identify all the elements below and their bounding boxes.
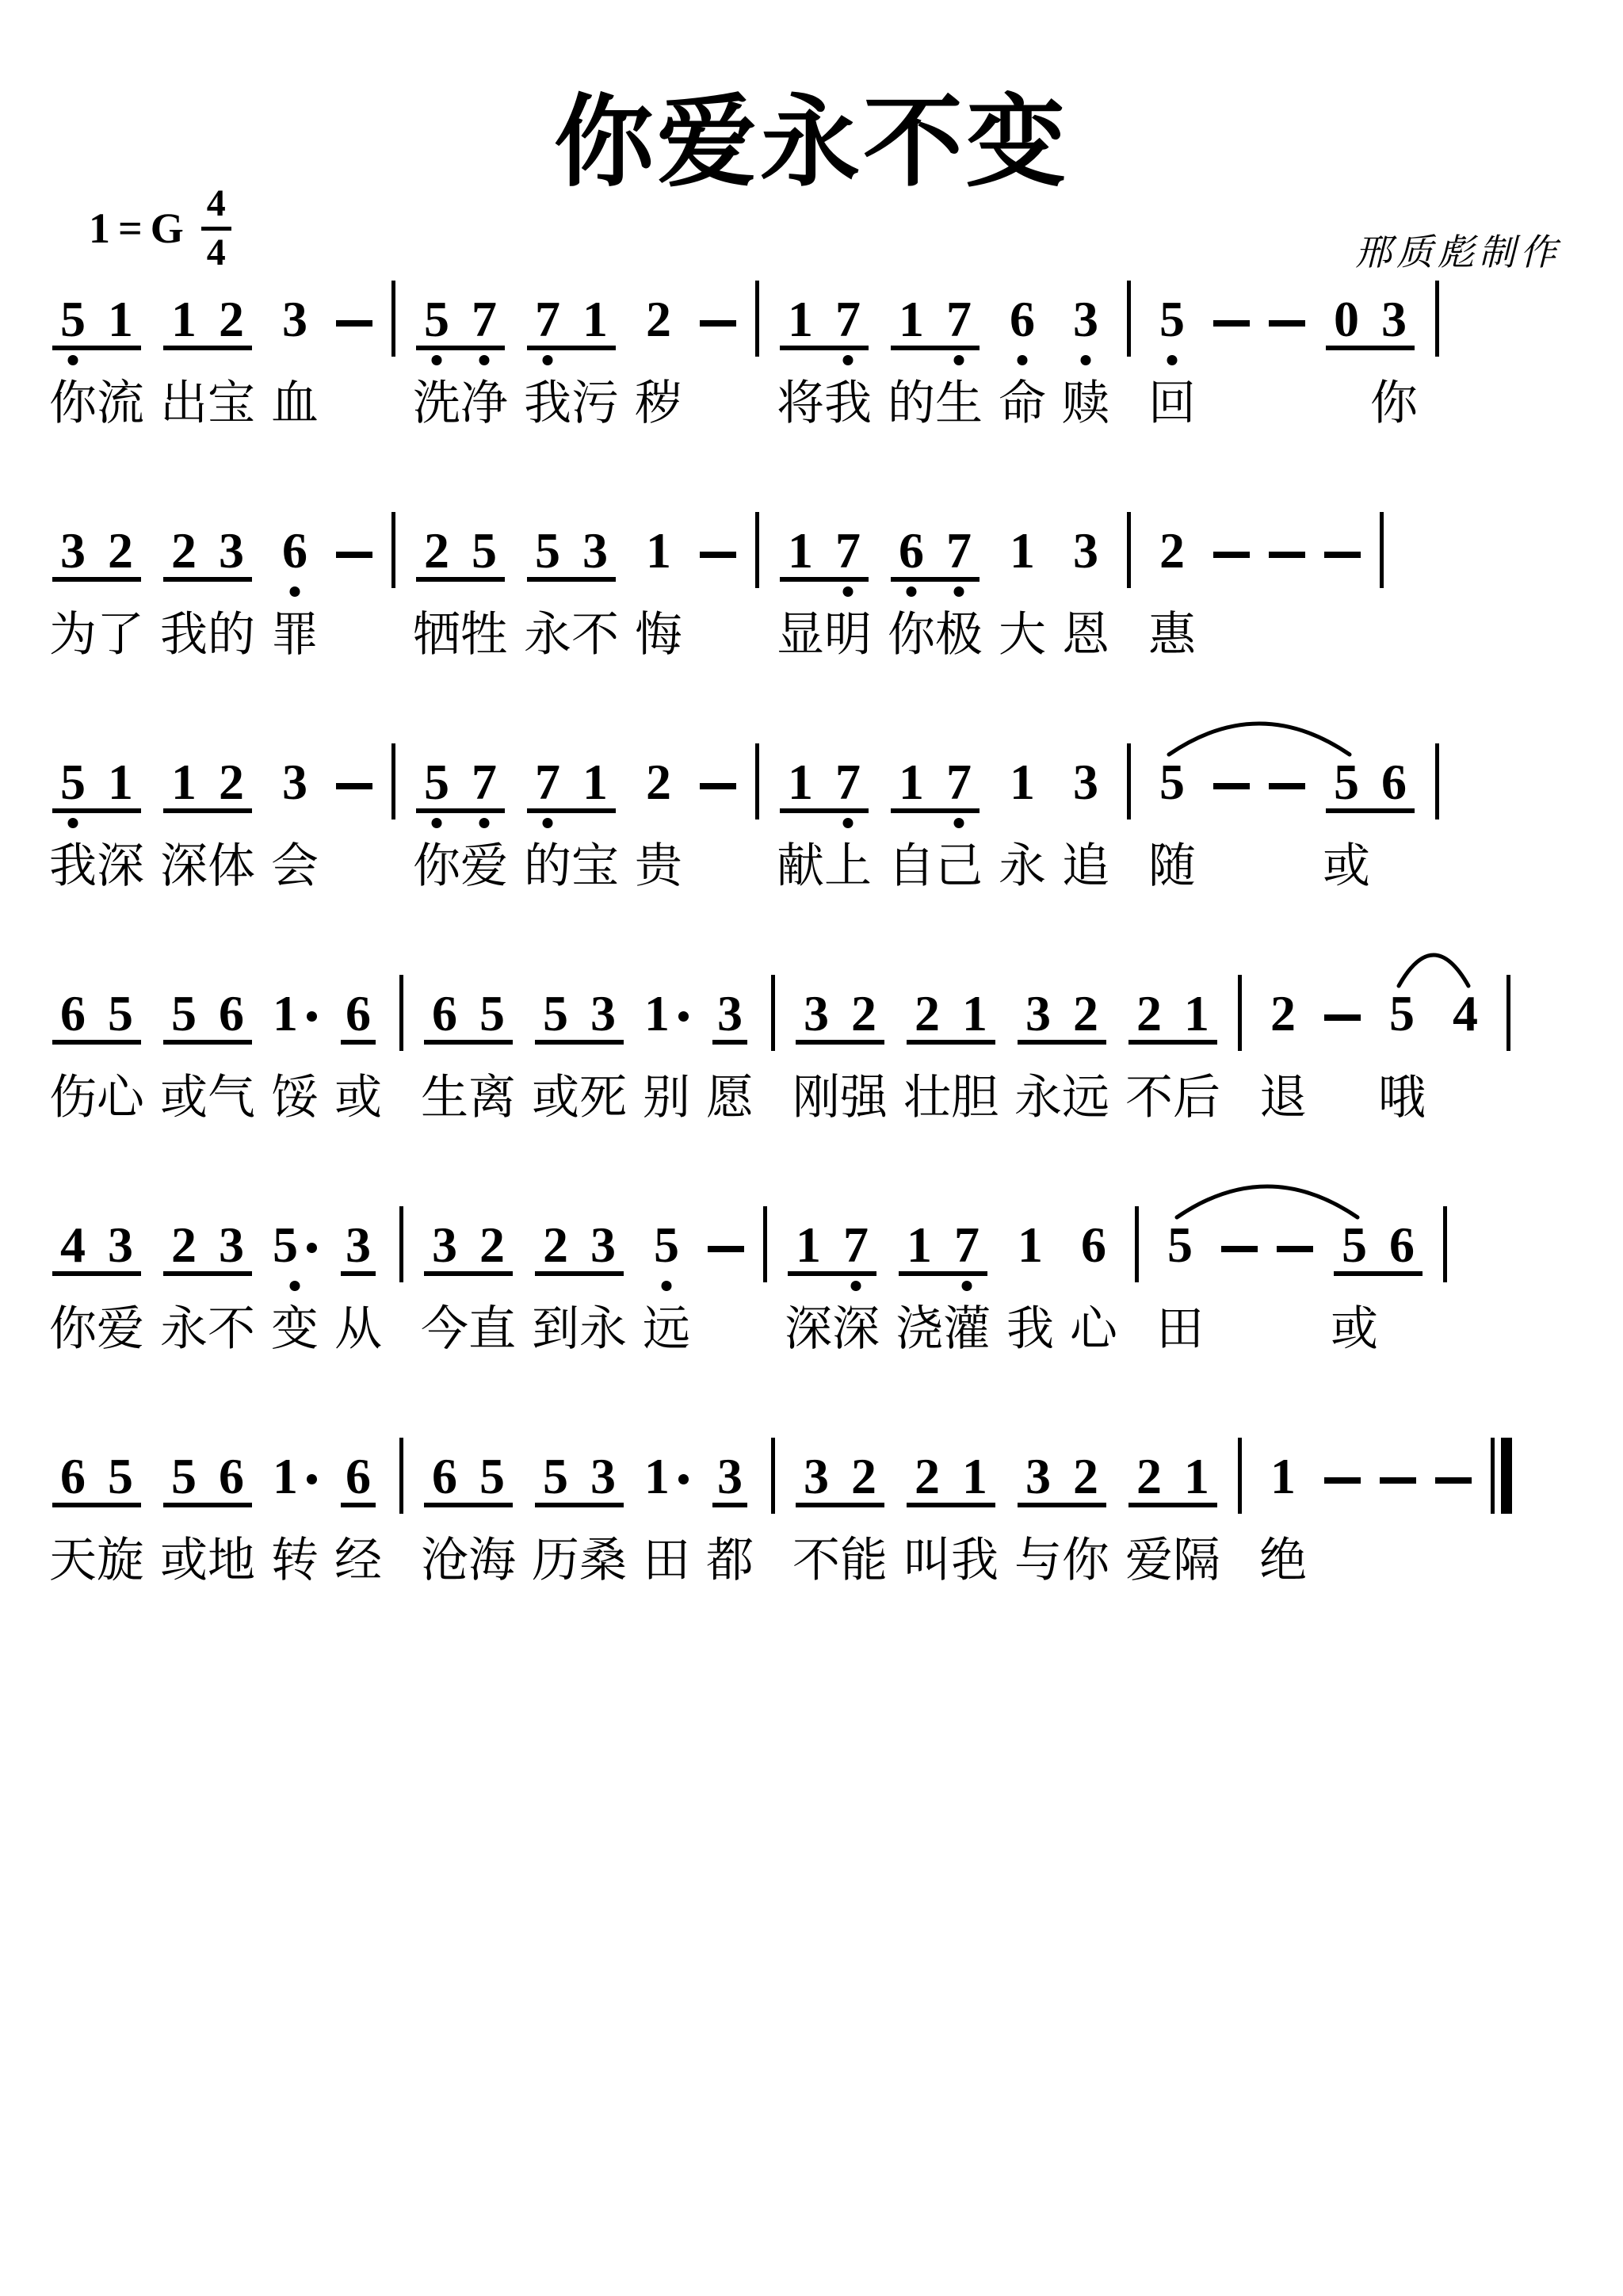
- note: 5海: [470, 1457, 514, 1496]
- note: 3桑: [581, 1457, 625, 1496]
- lyric-syllable: 不: [792, 1536, 840, 1585]
- beam-group: 5我1深: [51, 762, 143, 802]
- note-number: 2: [543, 1225, 568, 1265]
- note-number: 2: [424, 531, 449, 571]
- note-number: 1: [899, 762, 924, 802]
- beam-group: 5或3死: [533, 994, 625, 1033]
- note: 6: [1380, 1225, 1424, 1265]
- note-number: 1: [788, 531, 813, 571]
- note-number: 2: [1136, 994, 1162, 1033]
- note: 5远: [644, 1225, 689, 1265]
- note-number: 2: [219, 762, 244, 802]
- lyric-syllable: 或: [1331, 1305, 1378, 1354]
- note-number: 3: [346, 1225, 371, 1265]
- note: 1显: [778, 531, 823, 571]
- note: 1宝: [573, 762, 617, 802]
- lyric-syllable: 极: [935, 610, 983, 659]
- note: 3爱: [98, 1225, 143, 1265]
- note-number: 2: [171, 531, 197, 571]
- beam-group: 3为2了: [51, 531, 143, 571]
- note-number: 3: [1073, 300, 1098, 339]
- note-number: 3: [282, 762, 307, 802]
- barline: [1135, 1206, 1139, 1282]
- note-number: 3: [590, 994, 616, 1033]
- note: 7灌: [945, 1225, 989, 1265]
- beam-group: 5或6: [1324, 762, 1416, 802]
- barline: [1380, 512, 1384, 588]
- beam-group: 5洗7净: [414, 300, 506, 339]
- lyric-syllable: 的: [524, 842, 571, 891]
- note: 1转: [273, 1457, 317, 1496]
- lyric-syllable: 馁: [271, 1073, 319, 1122]
- lyric-syllable: 或: [160, 1073, 208, 1122]
- note: 2你: [1064, 1457, 1108, 1496]
- note-number: 6: [282, 531, 307, 571]
- note: 7上: [826, 762, 870, 802]
- note-number: 2: [1073, 994, 1098, 1033]
- note-number: 7: [946, 300, 972, 339]
- lyric-syllable: 流: [97, 379, 144, 428]
- note-number: 6: [899, 531, 924, 571]
- note-number: 2: [1270, 994, 1296, 1033]
- note-number: 2: [915, 994, 940, 1033]
- key-scale-degree: 1: [89, 204, 110, 253]
- note: 5离: [470, 994, 514, 1033]
- note-number: 1: [108, 762, 133, 802]
- note: 5心: [98, 994, 143, 1033]
- beam-group: 2到3永: [533, 1225, 625, 1265]
- time-signature-denominator: 4: [207, 231, 226, 273]
- lyric-syllable: 不: [208, 1305, 255, 1354]
- note: 7深: [834, 1225, 878, 1265]
- lyric-syllable: 将: [777, 379, 824, 428]
- beam-group: 6伤5心: [51, 994, 143, 1033]
- note-number: 7: [472, 762, 497, 802]
- augmentation-dot: [678, 1474, 689, 1484]
- note: 2永: [162, 1225, 206, 1265]
- lyric-syllable: 心: [1070, 1305, 1117, 1354]
- duration-dash: [1269, 552, 1305, 558]
- note: 3死: [581, 994, 625, 1033]
- low-octave-dot: [843, 355, 854, 365]
- low-octave-dot: [68, 818, 78, 828]
- note-number: 5: [108, 1457, 133, 1496]
- note: 5旋: [98, 1457, 143, 1496]
- beam-group: 2叫1我: [905, 1457, 997, 1496]
- note: 2强: [842, 994, 886, 1033]
- note-number: 5: [479, 994, 505, 1033]
- beam-group: 2牺5牲: [414, 531, 506, 571]
- lyric-syllable: 回: [1148, 379, 1196, 428]
- beam-group: 2不1后: [1127, 994, 1219, 1033]
- note-number: 7: [843, 1225, 869, 1265]
- low-octave-dot: [432, 818, 442, 828]
- low-octave-dot: [68, 355, 78, 365]
- lyric-syllable: 罪: [271, 610, 319, 659]
- lyric-syllable: 灌: [943, 1305, 991, 1354]
- note-number: 3: [219, 531, 244, 571]
- note-number: 2: [1073, 1457, 1098, 1496]
- note-number: 1: [1270, 1457, 1296, 1496]
- note-number: 5: [654, 1225, 679, 1265]
- note: 5或: [533, 994, 578, 1033]
- beam-group: 1深2体: [162, 762, 254, 802]
- note: 5哦: [1380, 994, 1424, 1033]
- note-number: 7: [535, 300, 560, 339]
- lyric-syllable: 胆: [951, 1073, 999, 1122]
- beam-group: 4你3爱: [51, 1225, 143, 1265]
- note: 1后: [1174, 994, 1219, 1033]
- low-octave-dot: [954, 355, 964, 365]
- duration-dash: [336, 320, 372, 327]
- lyric-syllable: 贵: [635, 842, 682, 891]
- lyric-syllable: 到: [532, 1305, 579, 1354]
- lyric-syllable: 或: [334, 1073, 382, 1122]
- note-number: 5: [60, 300, 86, 339]
- barline: [1127, 281, 1131, 357]
- low-octave-dot: [543, 355, 553, 365]
- barline: [771, 1438, 775, 1514]
- note-number: 6: [219, 1457, 244, 1496]
- note: 1永: [1000, 762, 1044, 802]
- lyric-syllable: 都: [706, 1536, 754, 1585]
- note: 5永: [525, 531, 570, 571]
- music-system: 6伤5心5或6气1馁6或6生5离5或3死1别3愿3刚2强2壮1胆3永2远2不1后…: [51, 994, 1623, 1124]
- low-octave-dot: [662, 1281, 672, 1291]
- lyric-syllable: 强: [840, 1073, 888, 1122]
- note-number: 5: [171, 994, 197, 1033]
- lyric-syllable: 你: [49, 379, 97, 428]
- note-number: 7: [835, 762, 861, 802]
- beam-group: 3与2你: [1016, 1457, 1108, 1496]
- song-title: 你爱永不变: [0, 89, 1623, 200]
- lyric-syllable: 浇: [896, 1305, 943, 1354]
- note: 3不: [209, 1225, 254, 1265]
- lyric-syllable: 宝: [571, 842, 619, 891]
- key-tonic: G: [151, 204, 184, 253]
- note: 6心: [1071, 1225, 1116, 1265]
- note: 3会: [273, 762, 317, 802]
- tie-arc: [1396, 948, 1472, 989]
- lyric-syllable: 为: [49, 610, 97, 659]
- note-number: 4: [60, 1225, 86, 1265]
- note-number: 1: [962, 994, 987, 1033]
- tie-arc: [1166, 716, 1353, 758]
- note-number: 2: [1136, 1457, 1162, 1496]
- note: 3为: [51, 531, 95, 571]
- note-number: 6: [1081, 1225, 1106, 1265]
- lyric-syllable: 了: [97, 610, 144, 659]
- lyric-syllable: 远: [643, 1305, 690, 1354]
- lyric-syllable: 历: [532, 1536, 579, 1585]
- lyric-syllable: 我: [160, 610, 208, 659]
- lyric-syllable: 命: [999, 379, 1046, 428]
- note: 5田: [1158, 1225, 1202, 1265]
- lyric-syllable: 隔: [1173, 1536, 1220, 1585]
- note: 1我: [953, 1457, 997, 1496]
- barline: [1127, 743, 1131, 819]
- note: 3你: [1372, 300, 1416, 339]
- lyric-syllable: 愿: [706, 1073, 754, 1122]
- lyric-syllable: 悔: [635, 610, 682, 659]
- lyric-syllable: 自: [888, 842, 935, 891]
- note-number: 3: [590, 1457, 616, 1496]
- note: 2秽: [636, 300, 681, 339]
- note-number: 6: [60, 994, 86, 1033]
- note: 3永: [581, 1225, 625, 1265]
- note: 1大: [1000, 531, 1044, 571]
- note-number: 6: [346, 994, 371, 1033]
- note: 1深: [98, 762, 143, 802]
- note-number: 3: [590, 1225, 616, 1265]
- score: 5你1流1出2宝3血5洗7净7我1污2秽1将7我1的7生6命3赎5回03你3为2…: [51, 300, 1623, 1587]
- note: 6经: [336, 1457, 380, 1496]
- beam-group: 7我1污: [525, 300, 617, 339]
- duration-dash: [1213, 552, 1250, 558]
- barline: [1443, 1206, 1447, 1282]
- lyric-syllable: 爱: [1125, 1536, 1173, 1585]
- note-number: 5: [108, 994, 133, 1033]
- note-number: 6: [1010, 300, 1035, 339]
- barline: [1238, 975, 1242, 1051]
- lyric-syllable: 海: [468, 1536, 516, 1585]
- note: 5随: [1150, 762, 1194, 802]
- beam-group: 5或6: [1332, 1225, 1424, 1265]
- beam-group: 1深7深: [786, 1225, 878, 1265]
- lyric-syllable: 追: [1062, 842, 1109, 891]
- note: 7我: [826, 300, 870, 339]
- note-number: 6: [432, 1457, 457, 1496]
- low-octave-dot: [1081, 355, 1091, 365]
- duration-dash: [1213, 783, 1250, 789]
- lyric-syllable: 我: [824, 379, 872, 428]
- note: 2叫: [905, 1457, 949, 1496]
- note: 1深: [162, 762, 206, 802]
- lyric-syllable: 旋: [97, 1536, 144, 1585]
- low-octave-dot: [290, 1281, 300, 1291]
- note: 7净: [462, 300, 506, 339]
- note: 1悔: [636, 531, 681, 571]
- note-number: 7: [946, 762, 972, 802]
- note: 3从: [336, 1225, 380, 1265]
- note: 3永: [1016, 994, 1060, 1033]
- low-octave-dot: [954, 818, 964, 828]
- lyric-syllable: 天: [49, 1536, 97, 1585]
- beam-group: 5永3不: [525, 531, 617, 571]
- lyric-syllable: 生: [935, 379, 983, 428]
- note-number: 1: [644, 994, 689, 1033]
- note: 7极: [937, 531, 981, 571]
- note: 7爱: [462, 762, 506, 802]
- note-number: 6: [432, 994, 457, 1033]
- note: 2爱: [1127, 1457, 1171, 1496]
- barline: [1435, 743, 1439, 819]
- note-number: 5: [1159, 300, 1185, 339]
- note: 5或: [162, 1457, 206, 1496]
- barline: [391, 281, 395, 357]
- note-number: 6: [219, 994, 244, 1033]
- note-number: 1: [582, 300, 608, 339]
- lyric-syllable: 不: [1125, 1073, 1173, 1122]
- credit: 邢质彪制作: [1355, 223, 1561, 276]
- lyric-syllable: 牺: [413, 610, 460, 659]
- beam-group: 2壮1胆: [905, 994, 997, 1033]
- barline: [1127, 512, 1131, 588]
- lyric-syllable: 沧: [421, 1536, 468, 1585]
- barline: [399, 975, 403, 1051]
- note: 5牲: [462, 531, 506, 571]
- note-number: 5: [424, 762, 449, 802]
- barline: [391, 512, 395, 588]
- note: 0: [1324, 300, 1369, 339]
- note: 2直: [470, 1225, 514, 1265]
- key-equals-sign: =: [118, 204, 143, 253]
- lyric-syllable: 或: [532, 1073, 579, 1122]
- lyric-syllable: 上: [824, 842, 872, 891]
- lyric-syllable: 献: [777, 842, 824, 891]
- duration-dash: [336, 552, 372, 558]
- note-number: 2: [479, 1225, 505, 1265]
- note-number: 1: [273, 1457, 317, 1496]
- note: 7生: [937, 300, 981, 339]
- note: 3不: [573, 531, 617, 571]
- note-number: 5: [273, 1225, 317, 1265]
- note-number: 2: [1159, 531, 1185, 571]
- lyric-syllable: 你: [1062, 1536, 1109, 1585]
- note-number: 2: [851, 994, 876, 1033]
- note-number: 1: [899, 300, 924, 339]
- lyric-syllable: 离: [468, 1073, 516, 1122]
- note: 6伤: [51, 994, 95, 1033]
- note-number: 1: [646, 531, 671, 571]
- note-number: 1: [1184, 1457, 1209, 1496]
- lyric-syllable: 出: [160, 379, 208, 428]
- duration-dash: [1324, 552, 1361, 558]
- duration-dash: [700, 552, 736, 558]
- note: 5或: [162, 994, 206, 1033]
- note: 5我: [51, 762, 95, 802]
- note-row: 6伤5心5或6气1馁6或6生5离5或3死1别3愿3刚2强2壮1胆3永2远2不1后…: [51, 994, 1623, 1051]
- note: 3刚: [794, 994, 838, 1033]
- note: 4: [1443, 994, 1487, 1033]
- duration-dash: [1324, 1014, 1361, 1021]
- note-number: 3: [432, 1225, 457, 1265]
- beam-group: 5你1流: [51, 300, 143, 339]
- duration-dash: [1269, 783, 1305, 789]
- note-number: 1: [962, 1457, 987, 1496]
- note: 3今: [422, 1225, 467, 1265]
- beam-group: 1显7明: [778, 531, 870, 571]
- lyric-syllable: 爱: [460, 842, 508, 891]
- lyric-syllable: 永: [579, 1305, 627, 1354]
- note-row: 4你3爱2永3不5变3从3今2直2到3永5远1深7深1浇7灌1我6心5田5或6: [51, 1225, 1623, 1282]
- note: 3都: [708, 1457, 752, 1496]
- lyric-syllable: 变: [271, 1305, 319, 1354]
- lyric-syllable: 绝: [1259, 1536, 1307, 1585]
- note-row: 3为2了2我3的6罪2牺5牲5永3不1悔1显7明6你7极1大3恩2惠: [51, 531, 1623, 588]
- beam-group: 6你7极: [889, 531, 981, 571]
- duration-dash: [1213, 320, 1250, 327]
- beam-group: 3刚2强: [794, 994, 886, 1033]
- note: 2我: [162, 531, 206, 571]
- note: 6生: [422, 994, 467, 1033]
- lyric-syllable: 经: [334, 1536, 382, 1585]
- note: 2到: [533, 1225, 578, 1265]
- lyric-syllable: 生: [421, 1073, 468, 1122]
- note-number: 1: [788, 762, 813, 802]
- note-number: 1: [171, 300, 197, 339]
- note-number: 3: [1025, 994, 1051, 1033]
- beam-group: 6沧5海: [422, 1457, 514, 1496]
- lyric-syllable: 与: [1014, 1536, 1062, 1585]
- barline: [1435, 281, 1439, 357]
- barline: [763, 1206, 767, 1282]
- note-number: 1: [1010, 531, 1035, 571]
- note-number: 1: [582, 762, 608, 802]
- note-number: 7: [535, 762, 560, 802]
- note: 1的: [889, 300, 934, 339]
- note-number: 3: [1025, 1457, 1051, 1496]
- beam-group: 6天5旋: [51, 1457, 143, 1496]
- beam-group: 1出2宝: [162, 300, 254, 339]
- note-number: 1: [796, 1225, 821, 1265]
- duration-dash: [700, 783, 736, 789]
- duration-dash: [708, 1246, 744, 1252]
- beam-group: 5你7爱: [414, 762, 506, 802]
- note-number: 3: [582, 531, 608, 571]
- augmentation-dot: [307, 1011, 317, 1022]
- low-octave-dot: [290, 586, 300, 597]
- lyric-syllable: 的: [208, 610, 255, 659]
- note: 3恩: [1064, 531, 1108, 571]
- lyric-syllable: 血: [271, 379, 319, 428]
- note: 3赎: [1064, 300, 1108, 339]
- note-number: 1: [1010, 762, 1035, 802]
- lyric-syllable: 净: [460, 379, 508, 428]
- lyric-syllable: 伤: [49, 1073, 97, 1122]
- lyric-syllable: 显: [777, 610, 824, 659]
- note: 3的: [209, 531, 254, 571]
- note: 5或: [1324, 762, 1369, 802]
- lyric-syllable: 污: [571, 379, 619, 428]
- note: 3追: [1064, 762, 1108, 802]
- lyric-syllable: 转: [271, 1536, 319, 1585]
- note-row: 6天5旋5或6地1转6经6沧5海5历3桑1田3都3不2能2叫1我3与2你2爱1隔…: [51, 1457, 1623, 1514]
- note-number: 1: [1184, 994, 1209, 1033]
- note: 7明: [826, 531, 870, 571]
- lyric-syllable: 恩: [1062, 610, 1109, 659]
- note: 2了: [98, 531, 143, 571]
- beam-group: 1自7己: [889, 762, 981, 802]
- note-number: 5: [171, 1457, 197, 1496]
- note-number: 3: [804, 1457, 829, 1496]
- note-number: 7: [835, 531, 861, 571]
- lyric-syllable: 永: [524, 610, 571, 659]
- note-number: 1: [171, 762, 197, 802]
- lyric-syllable: 气: [208, 1073, 255, 1122]
- tie-arc: [1174, 1179, 1361, 1221]
- beam-group: 1将7我: [778, 300, 870, 339]
- note: 2能: [842, 1457, 886, 1496]
- augmentation-dot: [307, 1474, 317, 1484]
- low-octave-dot: [479, 355, 490, 365]
- low-octave-dot: [843, 586, 854, 597]
- note-number: 4: [1453, 994, 1478, 1033]
- beam-group: 5或6地: [162, 1457, 254, 1496]
- key-signature: 1 = G 4 4: [89, 184, 231, 273]
- lyric-syllable: 刚: [792, 1073, 840, 1122]
- lyric-syllable: 惠: [1148, 610, 1196, 659]
